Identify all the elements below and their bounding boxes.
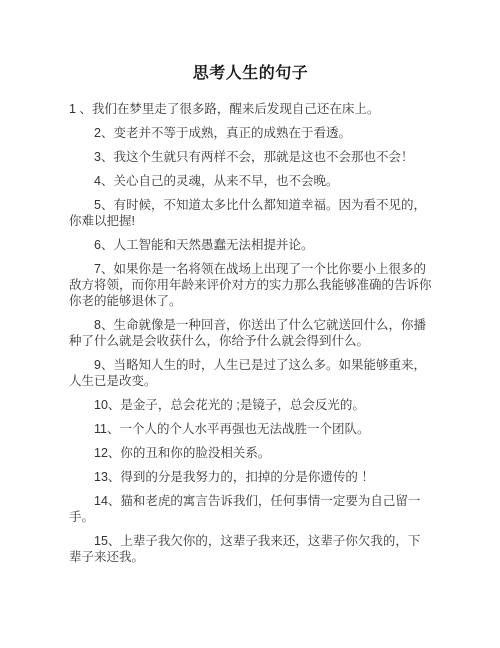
sentence-paragraph: 15、上辈子我欠你的，这辈子我来还，这辈子你欠我的，下辈子来还我。 [69, 533, 432, 565]
sentence-paragraph: 4、关心自己的灵魂，从来不早，也不会晚。 [69, 173, 432, 189]
sentence-paragraph: 7、如果你是一名将领在战场上出现了一个比你要小上很多的敌方将领，而你用年龄来评价… [69, 261, 432, 309]
document-title: 思考人生的句子 [69, 64, 432, 83]
sentence-paragraph: 13、得到的分是我努力的，扣掉的分是你遗传的 ！ [69, 469, 432, 485]
sentence-paragraph: 10、是金子，总会花光的 ;是镜子，总会反光的。 [69, 397, 432, 413]
sentence-paragraph: 6、人工智能和天然愚蠢无法相提并论。 [69, 237, 432, 253]
sentence-paragraph: 11、一个人的个人水平再强也无法战胜一个团队。 [69, 421, 432, 437]
document-page: 思考人生的句子 1 、我们在梦里走了很多路，醒来后发现自己还在床上。2、变老并不… [0, 0, 500, 648]
sentence-paragraph: 2、变老并不等于成熟，真正的成熟在于看透。 [69, 125, 432, 141]
sentence-paragraph: 5、有时候，不知道太多比什么都知道幸福。因为看不见的，你难以把握! [69, 197, 432, 229]
sentence-paragraph: 9、当略知人生的时，人生已是过了这么多。如果能够重来，人生已是改变。 [69, 357, 432, 389]
sentence-paragraph: 8、生命就像是一种回音，你送出了什么它就送回什么，你播种了什么就是会收获什么，你… [69, 317, 432, 349]
sentence-paragraph: 14、猫和老虎的寓言告诉我们，任何事情一定要为自己留一手。 [69, 493, 432, 525]
sentence-paragraph: 1 、我们在梦里走了很多路，醒来后发现自己还在床上。 [69, 101, 432, 117]
sentence-paragraph: 12、你的丑和你的脸没相关系。 [69, 445, 432, 461]
sentence-paragraph: 3、我这个生就只有两样不会，那就是这也不会那也不会！ [69, 149, 432, 165]
document-body: 1 、我们在梦里走了很多路，醒来后发现自己还在床上。2、变老并不等于成熟，真正的… [69, 101, 432, 565]
